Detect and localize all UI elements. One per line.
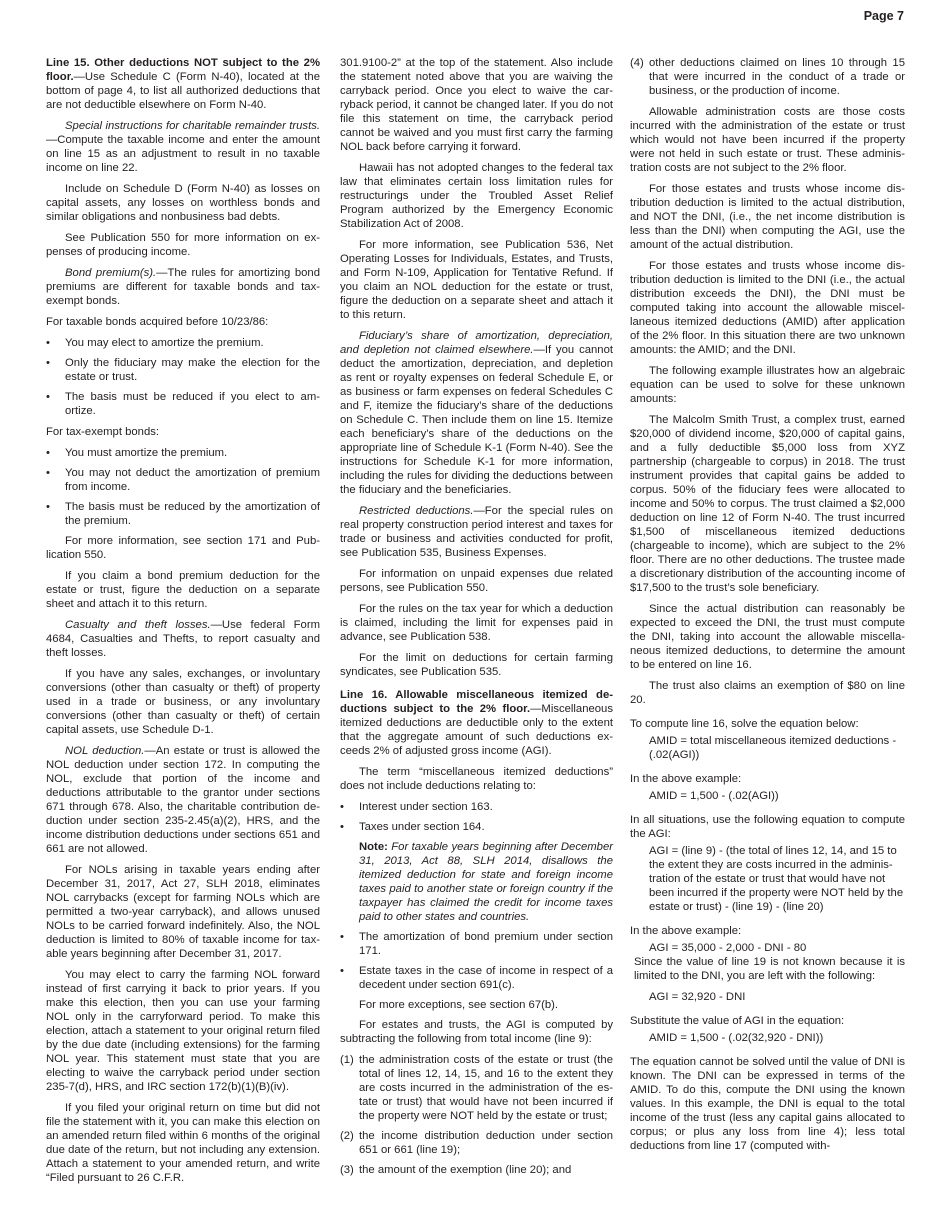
restricted-deductions-heading: Restricted deductions. [359,505,473,517]
actual-distribution-paragraph: For those estates and trusts whose incom… [630,182,905,252]
exclusions-list-b: The amortization of bond premium under s… [340,930,613,992]
casualty-paragraph: Casualty and theft losses.—Use federal F… [46,618,320,660]
agi-example-equation: AGI = 35,000 - 2,000 - DNI - 80 [630,941,905,955]
dni-paragraph: For those estates and trusts whose incom… [630,259,905,357]
list-item: (2)the income distribution deduction und… [340,1129,613,1157]
list-item: The basis must be reduced if you elect t… [46,390,320,418]
note-paragraph: Note: For taxable years beginning after … [340,840,613,924]
agi-subtractions-list-cont: (4)other deductions claimed on lines 10 … [630,56,905,98]
tax-exempt-bonds-intro: For tax-exempt bonds: [46,425,320,439]
since-line19-paragraph: Since the value of line 19 is not known … [630,955,905,983]
amid-example-equation: AMID = 1,500 - (.02(AGI)) [630,789,905,803]
agi-subtractions-list: (1)the administration costs of the estat… [340,1053,613,1177]
nol-heading: NOL deduction. [65,745,144,757]
taxable-bonds-intro: For taxable bonds acquired before 10/23/… [46,315,320,329]
cannot-solve-paragraph: The equation cannot be solved until the … [630,1055,905,1153]
amid-equation: AMID = total miscellaneous itemized dedu… [630,734,905,762]
fiduciary-share-paragraph: Fiduciary’s share of amortization, depre… [340,329,613,497]
example-intro-paragraph: The following example illustrates how an… [630,364,905,406]
compute-intro: To compute line 16, solve the equation b… [630,717,905,731]
agi-equation: AGI = (line 9) - (the total of lines 12,… [630,844,905,914]
casualty-heading: Casualty and theft losses. [65,619,211,631]
agi-dni-equation: AGI = 32,920 - DNI [630,990,905,1004]
note-label: Note: [359,841,388,853]
column-right: (4)other deductions claimed on lines 10 … [630,56,905,1160]
unpaid-expenses-paragraph: For information on unpaid expenses due r… [340,567,613,595]
line16-paragraph: Line 16. Allowable miscellaneous itemize… [340,688,613,758]
section171-paragraph: For more information, see section 171 an… [46,534,320,562]
hawaii-paragraph: Hawaii has not adopted changes to the fe… [340,161,613,231]
taxable-bonds-list: You may elect to amortize the premium. O… [46,336,320,418]
column-middle: 301.9100-2” at the top of the statement.… [340,56,613,1184]
bond-premium-paragraph: Bond premium(s).—The rules for amortizin… [46,266,320,308]
pub536-paragraph: For more information, see Publication 53… [340,238,613,322]
farming-syndicates-paragraph: For the limit on deductions for certain … [340,651,613,679]
list-item: The amortization of bond premium under s… [340,930,613,958]
substitute-paragraph: Substitute the value of AGI in the equat… [630,1014,905,1028]
exclusions-list-a: Interest under section 163. Taxes under … [340,800,613,834]
list-item: (3)the amount of the exemption (line 20)… [340,1163,613,1177]
list-item: Estate taxes in the case of income in re… [340,964,613,992]
amended-return-paragraph: If you filed your original return on tim… [46,1101,320,1185]
list-item: Only the fiduciary may make the election… [46,356,320,384]
tax-exempt-bonds-list: You must amortize the premium. You may n… [46,446,320,528]
list-item: Taxes under section 164. [340,820,613,834]
since-actual-paragraph: Since the actual distribution can reason… [630,602,905,672]
list-item: The basis must be reduced by the amortiz… [46,500,320,528]
exemption-paragraph: The trust also claims an exemption of $8… [630,679,905,707]
page-number: Page 7 [864,9,904,23]
above-example-2: In the above example: [630,924,905,938]
list-item: (4)other deductions claimed on lines 10 … [630,56,905,98]
nol-2017-paragraph: For NOLs arising in taxable years ending… [46,863,320,961]
pub550-paragraph: See Publication 550 for more information… [46,231,320,259]
farming-nol-paragraph: You may elect to carry the farming NOL f… [46,968,320,1094]
charitable-remainder-paragraph: Special instructions for charitable rema… [46,119,320,175]
sales-exchanges-paragraph: If you have any sales, exchanges, or inv… [46,667,320,737]
above-example-1: In the above example: [630,772,905,786]
list-item: You must amortize the premium. [46,446,320,460]
charitable-remainder-heading: Special instructions for charitable rema… [65,120,320,132]
tax-year-paragraph: For the rules on the tax year for which … [340,602,613,644]
term-paragraph: The term “miscellaneous itemized deducti… [340,765,613,793]
agi-intro-paragraph: For estates and trusts, the AGI is compu… [340,1018,613,1046]
list-item: You may elect to amortize the premium. [46,336,320,350]
list-item: You may not deduct the amortization of p… [46,466,320,494]
column-left: Line 15. Other deductions NOT subject to… [46,56,320,1192]
amid-substituted-equation: AMID = 1,500 - (.02(32,920 - DNI)) [630,1031,905,1045]
cfr-continuation-paragraph: 301.9100-2” at the top of the statement.… [340,56,613,154]
more-exceptions: For more exceptions, see section 67(b). [340,998,613,1012]
bond-premium-heading: Bond premium(s). [65,267,156,279]
all-situations-paragraph: In all situations, use the following equ… [630,813,905,841]
restricted-deductions-paragraph: Restricted deductions.—For the special r… [340,504,613,560]
list-item: (1)the administration costs of the estat… [340,1053,613,1123]
line15-paragraph: Line 15. Other deductions NOT subject to… [46,56,320,112]
nol-paragraph: NOL deduction.—An estate or trust is all… [46,744,320,856]
list-item: Interest under section 163. [340,800,613,814]
schedule-d-paragraph: Include on Schedule D (Form N-40) as los… [46,182,320,224]
admin-costs-paragraph: Allowable administration costs are those… [630,105,905,175]
bond-claim-paragraph: If you claim a bond premium deduction fo… [46,569,320,611]
malcolm-smith-paragraph: The Malcolm Smith Trust, a complex trust… [630,413,905,595]
